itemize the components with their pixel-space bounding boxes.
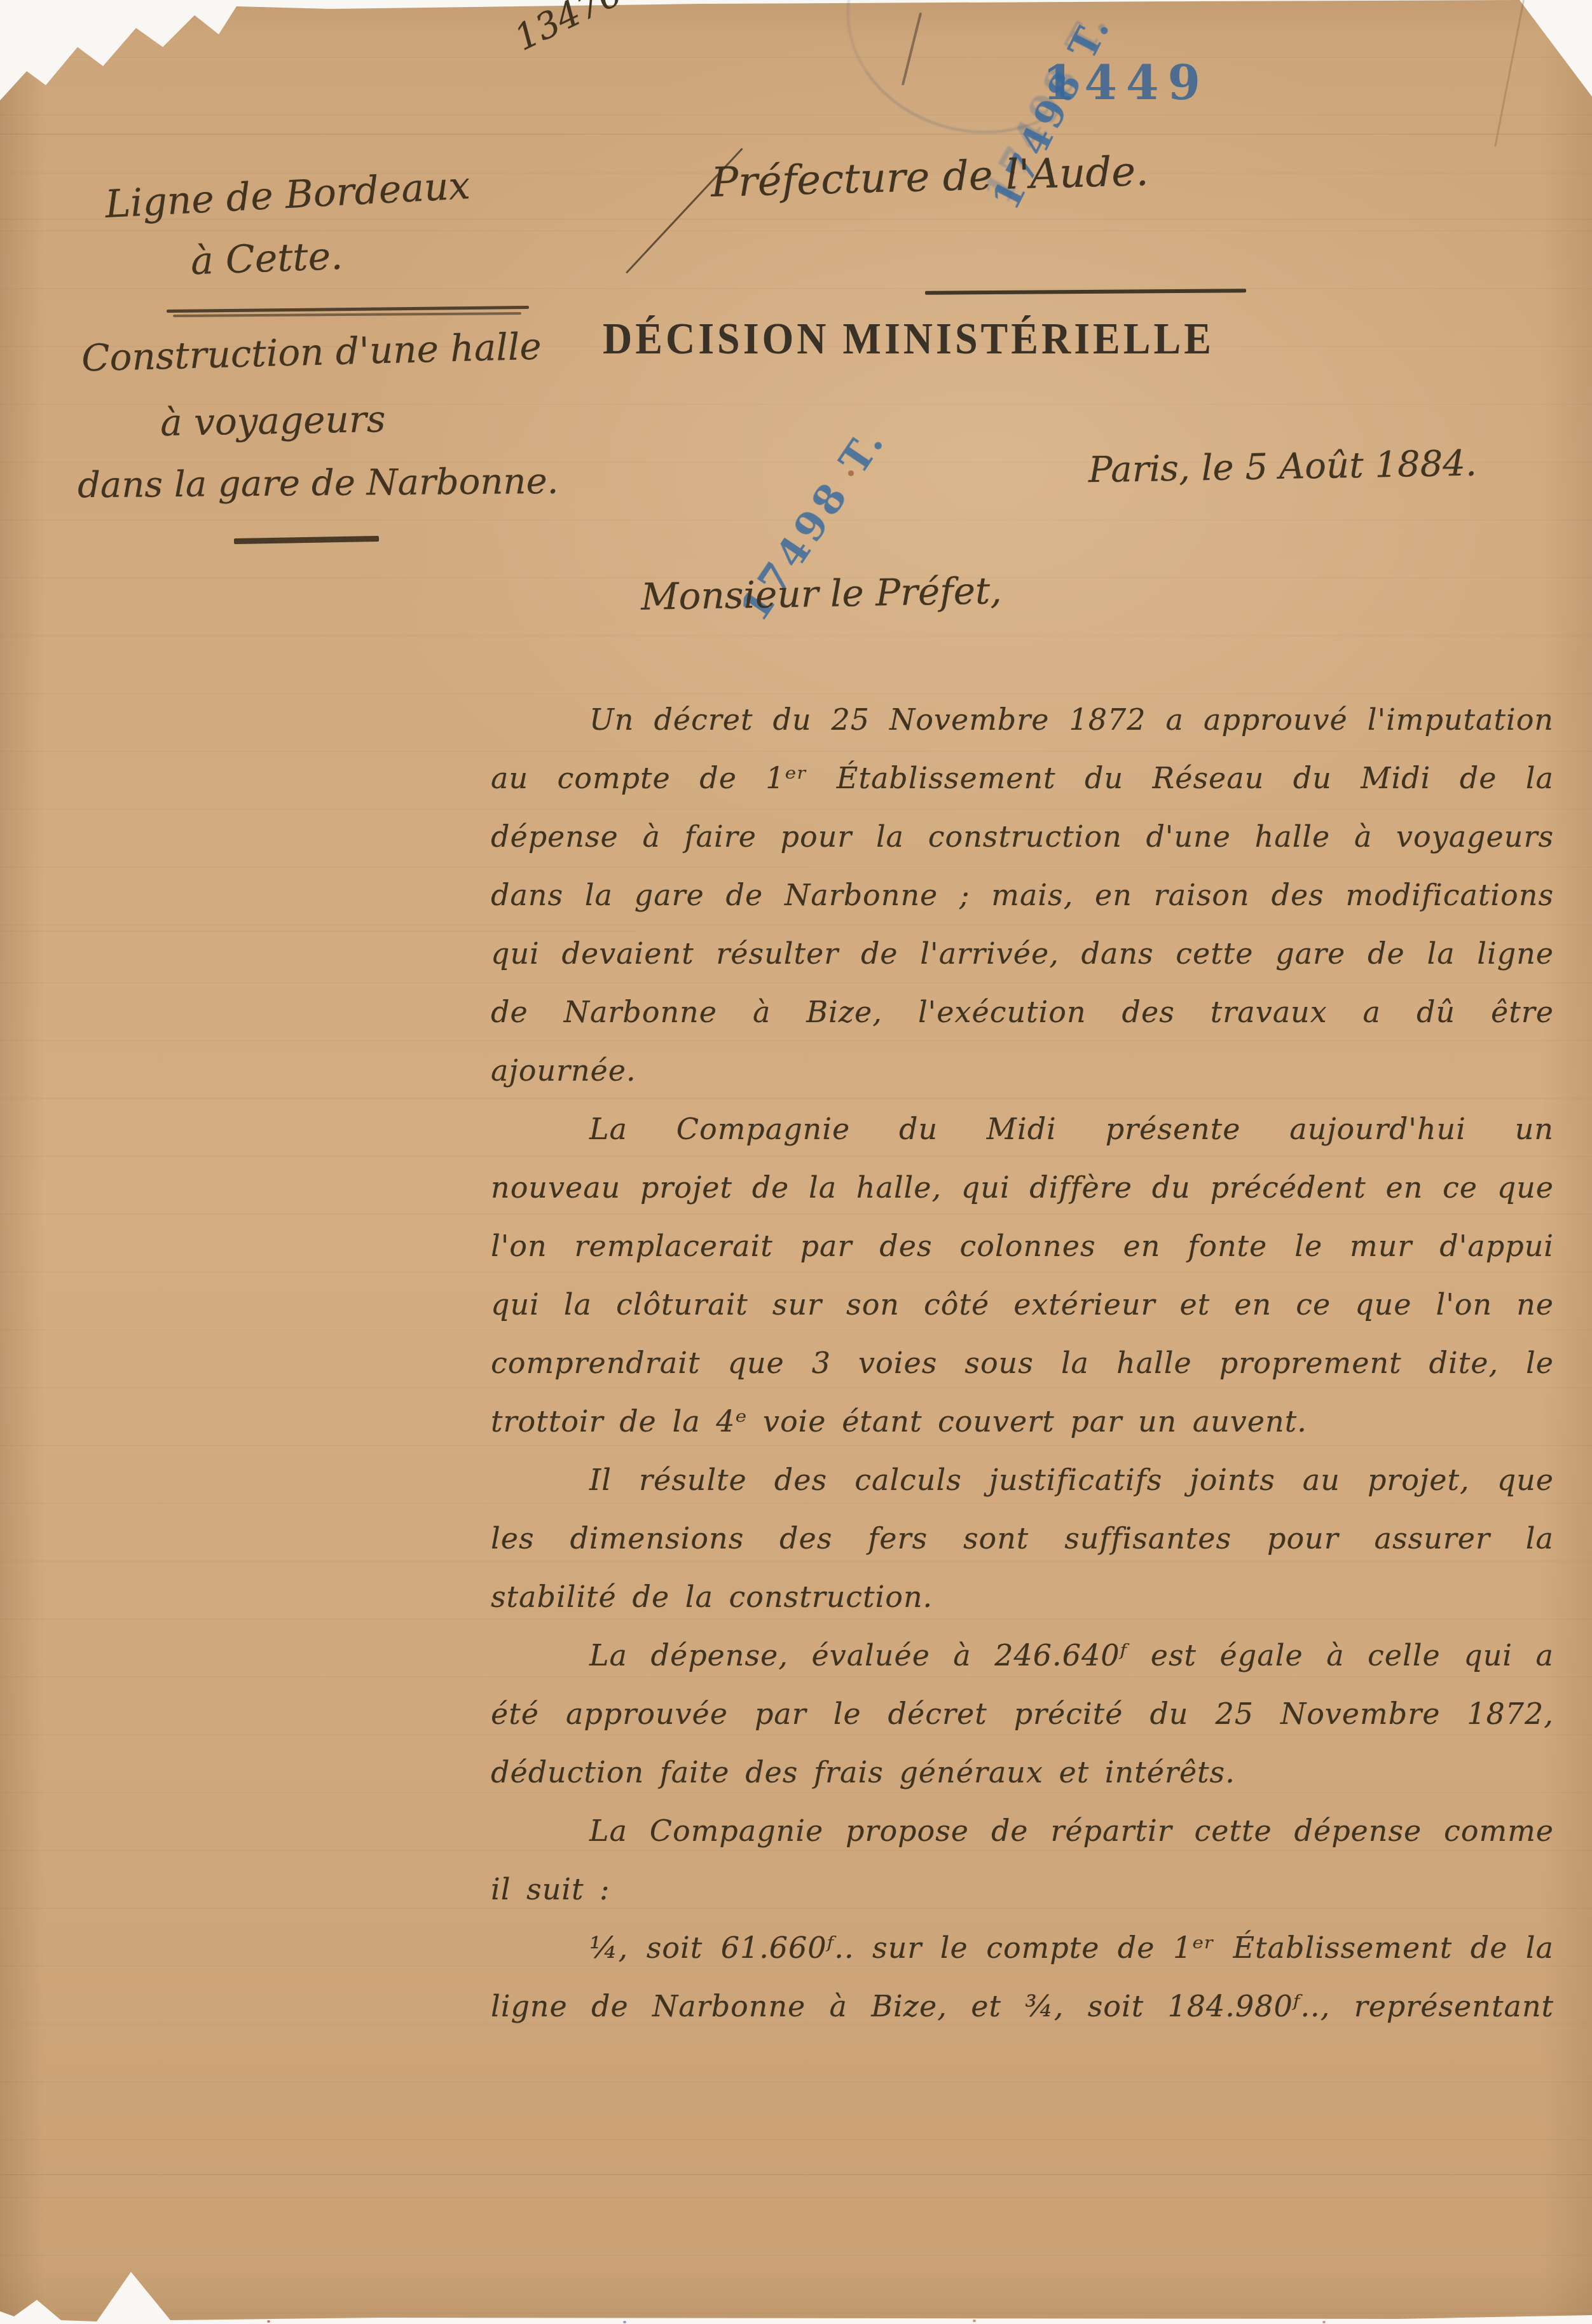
salutation: Monsieur le Préfet, [640, 569, 1002, 619]
margin-subject-line-3: dans la gare de Narbonne. [78, 461, 559, 507]
body-line: l'on remplacerait par des colonnes en fo… [491, 1217, 1554, 1275]
body-line: au compte de 1ᵉʳ Établissement du Réseau… [491, 749, 1554, 807]
margin-line-title-2: à Cette. [190, 234, 343, 284]
document-title: DÉCISION MINISTÉRIELLE [603, 313, 1214, 364]
body-line: ¼, soit 61.660ᶠ.. sur le compte de 1ᵉʳ É… [491, 1918, 1554, 1977]
dateline: Paris, le 5 Août 1884. [1088, 443, 1477, 491]
body-line: ligne de Narbonne à Bize, et ¾, soit 184… [491, 1977, 1554, 2035]
body-line: déduction faite des frais généraux et in… [491, 1743, 1554, 1801]
scanned-document-page: { "document": { "annotations": { "folio_… [0, 0, 1592, 2324]
next-page-edge [0, 2318, 1592, 2324]
body-line: été approuvée par le décret précité du 2… [491, 1685, 1554, 1743]
body-line: nouveau projet de la halle, qui diffère … [491, 1158, 1554, 1217]
body-line: La dépense, évaluée à 246.640ᶠ est égale… [491, 1626, 1554, 1685]
body-line: les dimensions des fers sont suffisantes… [491, 1509, 1554, 1568]
body-line: ajournée. [491, 1041, 1554, 1100]
body-line: qui devaient résulter de l'arrivée, dans… [491, 924, 1554, 983]
body-line: il suit : [491, 1860, 1554, 1918]
body-line: de Narbonne à Bize, l'exécution des trav… [491, 983, 1554, 1041]
body-line: qui la clôturait sur son côté extérieur … [491, 1275, 1554, 1334]
body-line: La Compagnie du Midi présente aujourd'hu… [491, 1100, 1554, 1158]
page-edge-speck [623, 2321, 626, 2323]
body-line: dans la gare de Narbonne ; mais, en rais… [491, 866, 1554, 924]
body-line: La Compagnie propose de répartir cette d… [491, 1801, 1554, 1860]
body-line: comprendrait que 3 voies sous la halle p… [491, 1334, 1554, 1392]
margin-subject-line-2: à voyageurs [160, 397, 385, 444]
body-line: Il résulte des calculs justificatifs joi… [491, 1451, 1554, 1509]
body-line: dépense à faire pour la construction d'u… [491, 807, 1554, 866]
page-edge-speck [973, 2320, 976, 2322]
page-edge-speck [267, 2320, 270, 2323]
crease-line [0, 2174, 1592, 2175]
page-edge-speck [1322, 2321, 1326, 2323]
body-line: stabilité de la construction. [491, 1568, 1554, 1626]
body-line: Un décret du 25 Novembre 1872 a approuvé… [491, 690, 1554, 749]
body-line: trottoir de la 4ᵉ voie étant couvert par… [491, 1392, 1554, 1451]
crease-line [0, 133, 1592, 135]
body-text: Un décret du 25 Novembre 1872 a approuvé… [491, 690, 1554, 2035]
